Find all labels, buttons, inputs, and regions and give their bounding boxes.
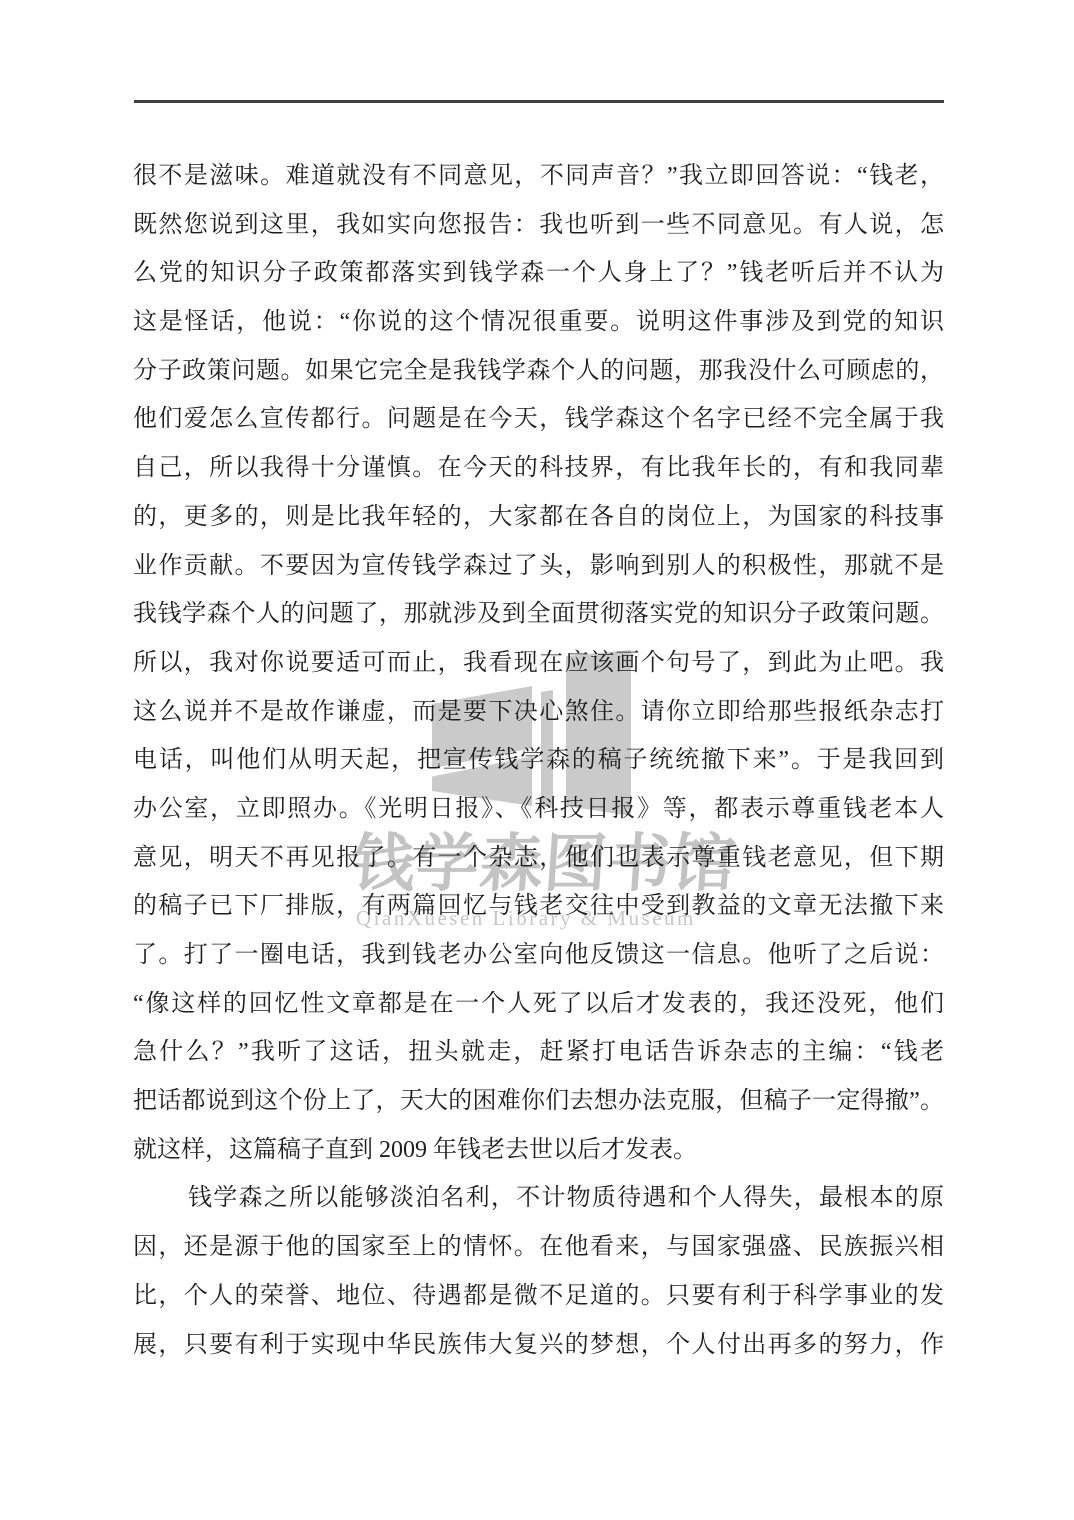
document-line: 自己，所以我得十分谨慎。在今天的科技界，有比我年长的，有和我同辈 [133,444,944,493]
document-line: 业作贡献。不要因为宣传钱学森过了头，影响到别人的积极性，那就不是 [133,542,944,591]
document-line-paragraph-start: 钱学森之所以能够淡泊名利，不计物质待遇和个人得失，最根本的原 [133,1174,944,1223]
document-line: 比，个人的荣誉、地位、待遇都是微不足道的。只要有利于科学事业的发 [133,1272,944,1321]
document-line: 把话都说到这个份上了，天大的困难你们去想办法克服，但稿子一定得撤”。 [133,1077,944,1126]
document-line: 电话，叫他们从明天起，把宣传钱学森的稿子统统撤下来”。于是我回到 [133,736,944,785]
document-text-block: 很不是滋味。难道就没有不同意见，不同声音？”我立即回答说：“钱老， 既然您说到这… [133,152,944,1369]
document-line: 很不是滋味。难道就没有不同意见，不同声音？”我立即回答说：“钱老， [133,152,944,201]
document-line: 因，还是源于他的国家至上的情怀。在他看来，与国家强盛、民族振兴相 [133,1223,944,1272]
document-line: 他们爱怎么宣传都行。问题是在今天，钱学森这个名字已经不完全属于我 [133,395,944,444]
document-line: 展，只要有利于实现中华民族伟大复兴的梦想，个人付出再多的努力，作 [133,1321,944,1370]
document-line: 意见，明天不再见报了。有一个杂志，他们也表示尊重钱老意见，但下期 [133,834,944,883]
document-line: 的，更多的，则是比我年轻的，大家都在各自的岗位上，为国家的科技事 [133,493,944,542]
document-line: 这么说并不是故作谦虚，而是要下决心煞住。请你立即给那些报纸杂志打 [133,688,944,737]
document-line: 么党的知识分子政策都落实到钱学森一个人身上了？”钱老听后并不认为 [133,249,944,298]
document-line: 所以，我对你说要适可而止，我看现在应该画个句号了，到此为止吧。我 [133,639,944,688]
document-line: 我钱学森个人的问题了，那就涉及到全面贯彻落实党的知识分子政策问题。 [133,590,944,639]
header-rule [134,100,944,103]
document-line: “像这样的回忆性文章都是在一个人死了以后才发表的，我还没死，他们 [133,980,944,1029]
document-line: 既然您说到这里，我如实向您报告：我也听到一些不同意见。有人说，怎 [133,201,944,250]
document-line: 急什么？”我听了这话，扭头就走，赶紧打电话告诉杂志的主编：“钱老 [133,1028,944,1077]
document-line: 的稿子已下厂排版，有两篇回忆与钱老交往中受到教益的文章无法撤下来 [133,882,944,931]
document-line: 了。打了一圈电话，我到钱老办公室向他反馈这一信息。他听了之后说： [133,931,944,980]
document-line-paragraph-end: 就这样，这篇稿子直到 2009 年钱老去世以后才发表。 [133,1126,944,1175]
document-page: 钱学森图书馆 QianXuesen Library & Museum 很不是滋味… [0,0,1074,1520]
document-line: 这是怪话，他说：“你说的这个情况很重要。说明这件事涉及到党的知识 [133,298,944,347]
document-line: 办公室，立即照办。《光明日报》、《科技日报》等，都表示尊重钱老本人 [133,785,944,834]
document-line: 分子政策问题。如果它完全是我钱学森个人的问题，那我没什么可顾虑的， [133,347,944,396]
